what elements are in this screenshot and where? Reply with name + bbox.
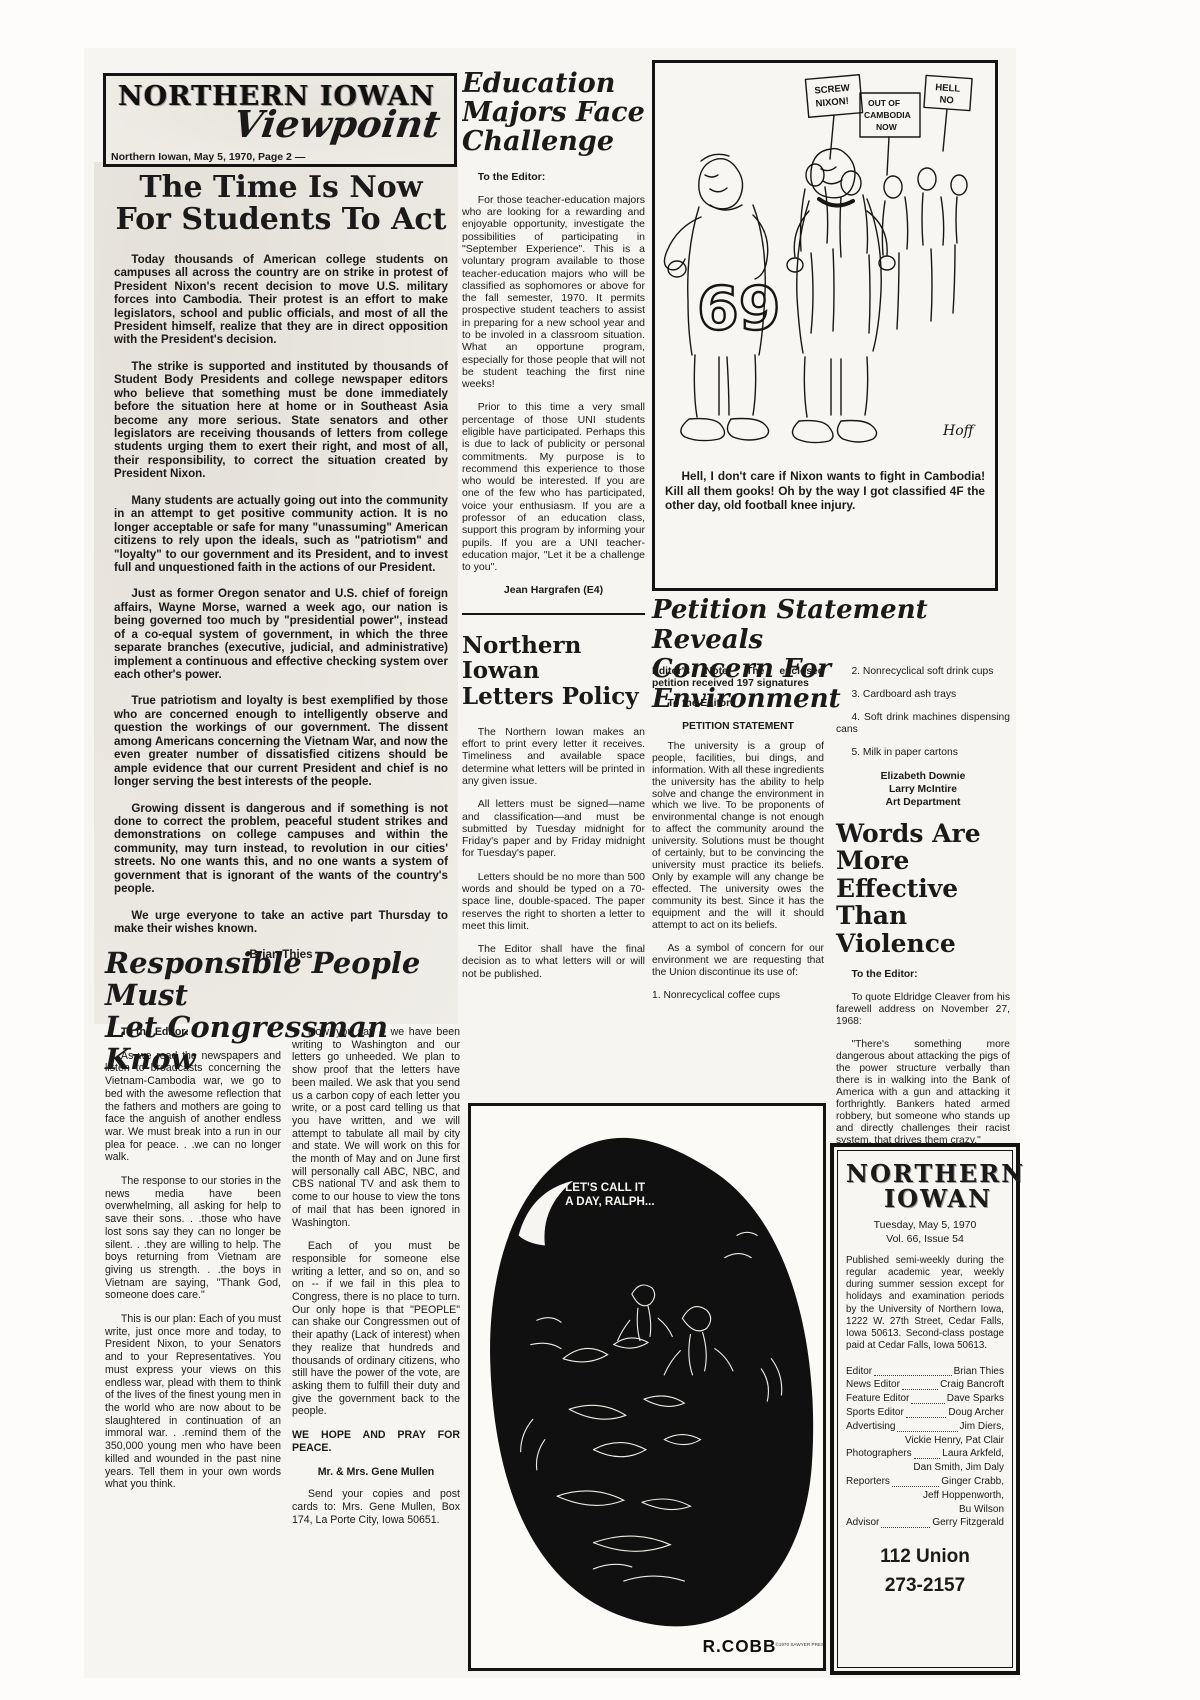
- words-headline-line2: More Effective: [836, 847, 1010, 902]
- masthead-viewpoint-script: Viewpoint: [231, 102, 443, 146]
- petition-signatures: Elizabeth Downie Larry McIntire Art Depa…: [836, 770, 1010, 810]
- pollution-copyright: ©1970 SAWYER PRESS ALL RIGHTS RESERVED: [775, 1641, 823, 1647]
- words-paragraph: To quote Eldridge Cleaver from his farew…: [836, 992, 1010, 1028]
- petition-column-left: Editor's Note: The enclosed petition rec…: [652, 666, 824, 1013]
- staff-row: PhotographersLaura Arkfeld,: [846, 1447, 1004, 1461]
- info-logo: NORTHERN IOWAN: [846, 1161, 1004, 1211]
- protest-cartoon-drawing: 69 SCREW NIXON! OUT OF CAMBODIA NOW HELL…: [655, 63, 989, 465]
- dot-leader: [892, 1486, 939, 1487]
- dot-leader: [914, 1458, 941, 1459]
- lead-headline: The Time Is Now For Students To Act: [114, 172, 448, 237]
- staff-list: EditorBrian Thies News EditorCraig Bancr…: [846, 1365, 1004, 1531]
- words-salutation: To the Editor:: [836, 969, 1010, 981]
- words-headline-line1: Words Are: [836, 820, 1010, 848]
- responsible-column-1: To the Editor: As we read the newspapers…: [105, 1026, 281, 1502]
- staff-row: AdvertisingJim Diers,: [846, 1420, 1004, 1434]
- education-headline: Education Majors Face Challenge: [462, 70, 645, 157]
- petition-headline-line1: Petition Statement Reveals: [652, 596, 1008, 655]
- lead-paragraph: Growing dissent is dangerous and if some…: [114, 802, 448, 896]
- responsible-paragraph: Each of you must be responsible for some…: [292, 1240, 460, 1418]
- paper-info-box: NORTHERN IOWAN Tuesday, May 5, 1970 Vol.…: [830, 1143, 1020, 1675]
- education-signature: Jean Hargrafen (E4): [462, 584, 645, 596]
- responsible-peace-line: WE HOPE AND PRAY FOR PEACE.: [292, 1429, 460, 1454]
- contact-address: 112 Union: [846, 1543, 1004, 1572]
- paper-info-inner: NORTHERN IOWAN Tuesday, May 5, 1970 Vol.…: [837, 1150, 1013, 1668]
- letters-policy-headline: Northern Iowan Letters Policy: [462, 633, 645, 710]
- petition-column-right: 2. Nonrecyclical soft drink cups 3. Card…: [836, 666, 1010, 1222]
- lead-paragraph: True patriotism and loyalty is best exem…: [114, 694, 448, 788]
- responsible-signature: Mr. & Mrs. Gene Mullen: [292, 1466, 460, 1479]
- staff-row: AdvisorGerry Fitzgerald: [846, 1516, 1004, 1530]
- petition-salutation: To the Editor:: [652, 698, 824, 710]
- shirt-number: 69: [697, 274, 781, 344]
- responsible-paragraph: Now, you say -- we have been writing to …: [292, 1026, 460, 1229]
- letters-policy-headline-line1: Northern Iowan: [462, 633, 645, 685]
- responsible-headline-line1: Responsible People Must: [105, 948, 465, 1012]
- staff-row-continued: Dan Smith, Jim Daly: [846, 1461, 1004, 1475]
- pollution-speech-line2: A DAY, RALPH...: [565, 1195, 654, 1208]
- petition-signature-3: Art Department: [836, 796, 1010, 809]
- letters-policy-headline-line2: Letters Policy: [462, 684, 645, 710]
- words-headline-line3: Than Violence: [836, 902, 1010, 957]
- lead-body: Today thousands of American college stud…: [114, 253, 448, 962]
- cartoonist-signature: Hoff: [942, 423, 976, 439]
- dot-leader: [874, 1375, 951, 1376]
- letters-policy-paragraph: The Editor shall have the final decision…: [462, 943, 645, 980]
- sign-cambodia-line2: CAMBODIA: [864, 110, 911, 120]
- pollution-artist-signature: R.COBB: [703, 1636, 777, 1656]
- staff-row: News EditorCraig Bancroft: [846, 1378, 1004, 1392]
- staff-row: Sports EditorDoug Archer: [846, 1406, 1004, 1420]
- education-paragraph: Prior to this time a very small percenta…: [462, 401, 645, 573]
- contact-info: 112 Union 273-2157: [846, 1543, 1004, 1600]
- responsible-paragraph: The response to our stories in the news …: [105, 1175, 281, 1302]
- petition-item-5: 5. Milk in paper cartons: [836, 747, 1010, 759]
- lead-paragraph: Today thousands of American college stud…: [114, 253, 448, 347]
- issue-date: Tuesday, May 5, 1970: [846, 1219, 1004, 1233]
- letters-policy-paragraph: All letters must be signed—name and clas…: [462, 798, 645, 859]
- petition-item-1: 1. Nonrecyclical coffee cups: [652, 990, 824, 1002]
- pollution-speech-line1: LET'S CALL IT: [565, 1181, 645, 1194]
- lead-headline-line2: For Students To Act: [114, 204, 448, 236]
- staff-row-continued: Jeff Hoppenworth,: [846, 1489, 1004, 1503]
- column-divider: [462, 613, 645, 615]
- dot-leader: [906, 1417, 947, 1418]
- sign-hellno-line1: HELL: [935, 82, 961, 95]
- petition-item-3: 3. Cardboard ash trays: [836, 689, 1010, 701]
- sign-screw-line1: SCREW: [814, 83, 850, 97]
- lead-headline-line1: The Time Is Now: [114, 172, 448, 204]
- words-paragraph: "There's something more dangerous about …: [836, 1039, 1010, 1146]
- petition-signature-2: Larry McIntire: [836, 783, 1010, 796]
- lead-paragraph: Many students are actually going out int…: [114, 494, 448, 575]
- lead-paragraph: The strike is supported and instituted b…: [114, 360, 448, 481]
- sign-screw-line2: NIXON!: [815, 96, 849, 110]
- middle-column: Education Majors Face Challenge To the E…: [462, 70, 645, 1105]
- newspaper-page: NORTHERN IOWAN Viewpoint Northern Iowan,…: [0, 0, 1200, 1700]
- petition-paragraph: The university is a group of people, fac…: [652, 741, 824, 932]
- sign-cambodia-line1: OUT OF: [868, 98, 900, 108]
- staff-row: Feature EditorDave Sparks: [846, 1392, 1004, 1406]
- pollution-cartoon-drawing: LET'S CALL IT A DAY, RALPH... R.COBB ©19…: [471, 1106, 823, 1668]
- staff-row: ReportersGinger Crabb,: [846, 1475, 1004, 1489]
- contact-phone: 273-2157: [846, 1572, 1004, 1601]
- lead-paragraph: Just as former Oregon senator and U.S. c…: [114, 587, 448, 681]
- published-statement: Published semi-weekly during the regular…: [846, 1255, 1004, 1353]
- dot-leader: [911, 1403, 944, 1404]
- masthead-dateline: Northern Iowan, May 5, 1970, Page 2 —: [111, 151, 305, 163]
- protest-cartoon-caption: Hell, I don't care if Nixon wants to fig…: [655, 465, 995, 519]
- sign-hellno-line2: NO: [939, 94, 954, 106]
- petition-signature-1: Elizabeth Downie: [836, 770, 1010, 783]
- petition-item-2: 2. Nonrecyclical soft drink cups: [836, 666, 1010, 678]
- petition-item-4: 4. Soft drink machines dispensing cans: [836, 712, 1010, 736]
- issue-meta: Tuesday, May 5, 1970 Vol. 66, Issue 54: [846, 1219, 1004, 1246]
- letters-policy-paragraph: Letters should be no more than 500 words…: [462, 871, 645, 932]
- info-logo-line1: NORTHERN: [846, 1161, 1004, 1186]
- dot-leader: [902, 1389, 938, 1390]
- pollution-cartoon: LET'S CALL IT A DAY, RALPH... R.COBB ©19…: [468, 1103, 826, 1671]
- responsible-paragraph: As we read the newspapers and listen to …: [105, 1050, 281, 1164]
- viewpoint-masthead: NORTHERN IOWAN Viewpoint Northern Iowan,…: [103, 73, 457, 167]
- education-headline-line3: Challenge: [462, 128, 645, 157]
- education-salutation: To the Editor:: [462, 171, 645, 183]
- staff-row-continued: Bu Wilson: [846, 1503, 1004, 1517]
- lead-paragraph: We urge everyone to take an active part …: [114, 909, 448, 936]
- dot-leader: [897, 1431, 957, 1432]
- responsible-postscript: Send your copies and post cards to: Mrs.…: [292, 1488, 460, 1526]
- lead-editorial: The Time Is Now For Students To Act Toda…: [114, 172, 448, 962]
- words-headline: Words Are More Effective Than Violence: [836, 820, 1010, 958]
- protest-cartoon: 69 SCREW NIXON! OUT OF CAMBODIA NOW HELL…: [652, 60, 998, 591]
- petition-editors-note: Editor's Note: The enclosed petition rec…: [652, 666, 824, 690]
- petition-paragraph: As a symbol of concern for our environme…: [652, 943, 824, 979]
- letters-policy-paragraph: The Northern Iowan makes an effort to pr…: [462, 726, 645, 787]
- staff-row-continued: Vickie Henry, Pat Clair: [846, 1434, 1004, 1448]
- staff-row: EditorBrian Thies: [846, 1365, 1004, 1379]
- responsible-paragraph: This is our plan: Each of you must write…: [105, 1313, 281, 1491]
- info-logo-line2: IOWAN: [846, 1186, 1004, 1211]
- education-headline-line2: Majors Face: [462, 99, 645, 128]
- education-headline-line1: Education: [462, 70, 645, 99]
- petition-subhead: PETITION STATEMENT: [652, 721, 824, 733]
- sign-cambodia-line3: NOW: [876, 122, 898, 132]
- dot-leader: [881, 1527, 930, 1528]
- issue-number: Vol. 66, Issue 54: [846, 1233, 1004, 1247]
- responsible-salutation: To the Editor:: [105, 1026, 281, 1039]
- education-paragraph: For those teacher-education majors who a…: [462, 194, 645, 391]
- responsible-column-2: Now, you say -- we have been writing to …: [292, 1026, 460, 1537]
